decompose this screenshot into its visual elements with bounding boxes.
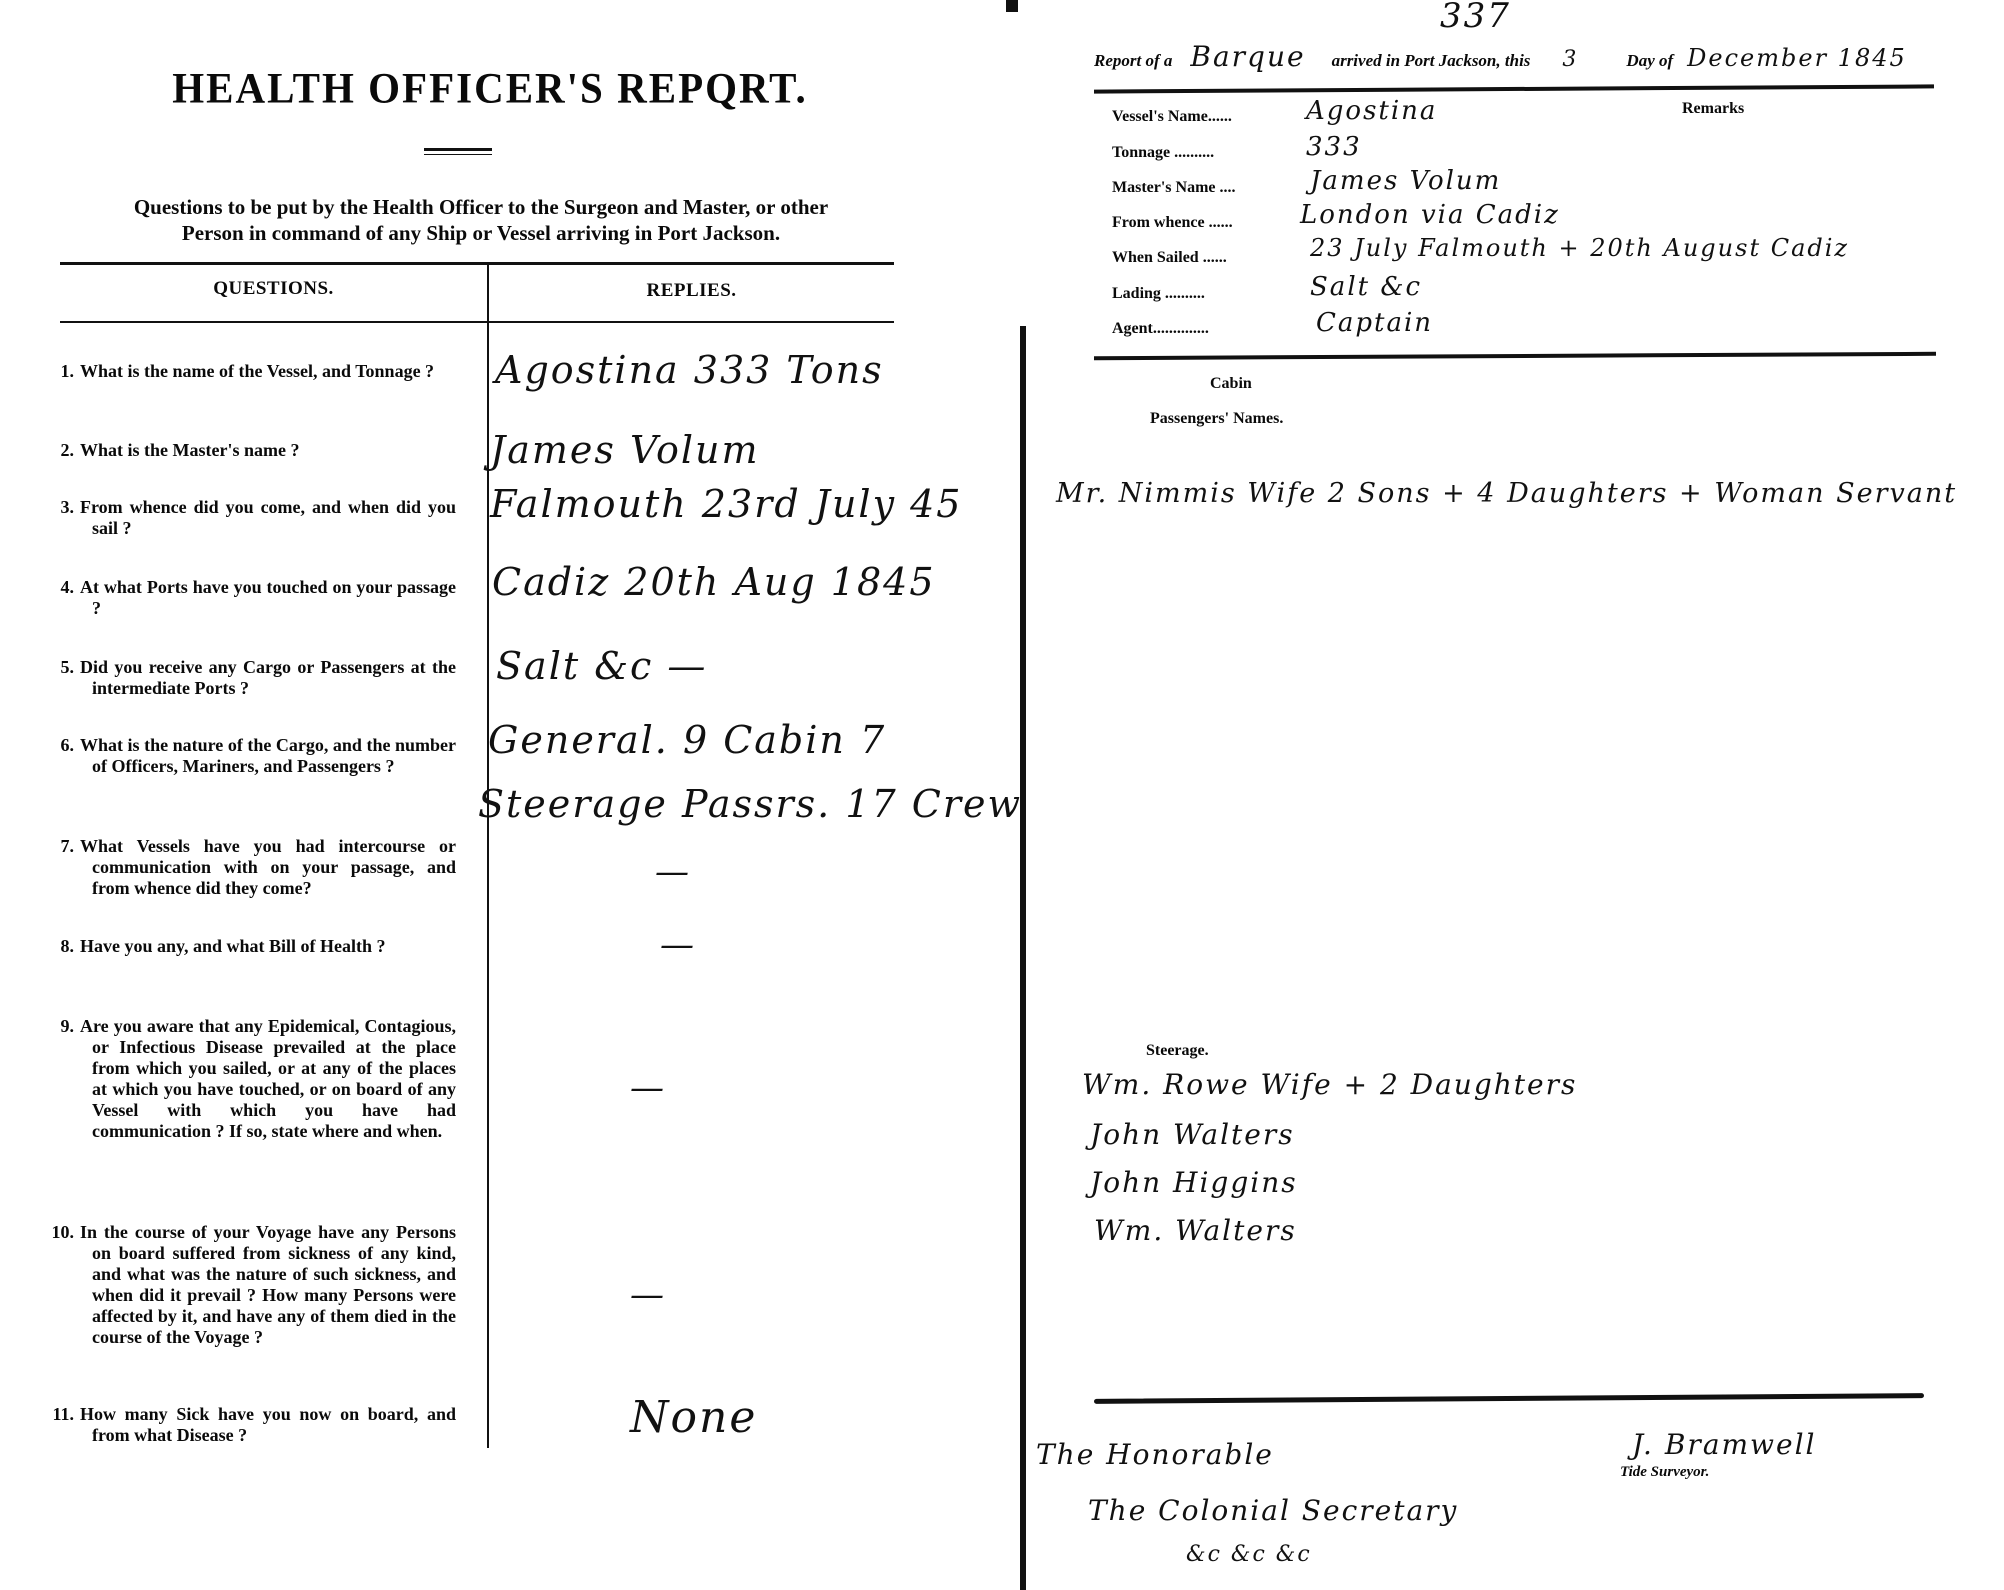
question-10: 10.In the course of your Voyage have any…	[40, 1222, 456, 1348]
field-value-tonnage: 333	[1306, 132, 1362, 162]
reply-6: General. 9 Cabin 7	[488, 718, 886, 762]
question-5: 5.Did you receive any Cargo or Passenger…	[40, 657, 456, 699]
questions-column-header: QUESTIONS.	[60, 278, 487, 300]
footer-rule	[1094, 1393, 1924, 1404]
header-rule	[1094, 84, 1934, 93]
question-9: 9.Are you aware that any Epidemical, Con…	[40, 1016, 456, 1142]
steerage-passenger-3: John Higgins	[1090, 1166, 1298, 1199]
vessel-type: Barque	[1190, 40, 1305, 73]
field-label-from-whence: From whence ......	[1112, 214, 1233, 232]
reply-1: Agostina 333 Tons	[495, 348, 884, 392]
reply-11: None	[630, 1392, 757, 1443]
steerage-passenger-4: Wm. Walters	[1094, 1214, 1297, 1247]
report-header: Report of a Barque arrived in Port Jacks…	[1094, 40, 1907, 73]
subtitle-line-1: Questions to be put by the Health Office…	[56, 194, 906, 220]
question-3: 3.From whence did you come, and when did…	[40, 497, 456, 539]
top-gutter-mark	[1006, 0, 1018, 12]
reply-7: —	[655, 852, 691, 892]
question-2: 2.What is the Master's name ?	[40, 440, 456, 461]
remarks-label: Remarks	[1682, 100, 1744, 118]
reply-2: James Volum	[490, 428, 759, 472]
field-value-agent: Captain	[1316, 308, 1433, 338]
page-gutter-line	[1020, 326, 1026, 1590]
column-divider	[487, 263, 489, 1448]
table-top-rule	[60, 262, 894, 265]
title-divider	[424, 148, 492, 151]
question-1: 1.What is the name of the Vessel, and To…	[40, 361, 456, 382]
page-title: HEALTH OFFICER'S REPQRT.	[120, 63, 860, 113]
reply-8: —	[660, 925, 696, 965]
field-label-when-sailed: When Sailed ......	[1112, 249, 1227, 267]
addressee-line-1: The Honorable	[1036, 1438, 1274, 1471]
cabin-label: Cabin	[1210, 375, 1252, 393]
field-label-master-name: Master's Name ....	[1112, 179, 1236, 197]
addressee-line-2: The Colonial Secretary	[1088, 1494, 1458, 1527]
field-value-from-whence: London via Cadiz	[1300, 200, 1560, 230]
fields-bottom-rule	[1094, 352, 1936, 360]
question-6: 6.What is the nature of the Cargo, and t…	[40, 735, 456, 777]
field-label-agent: Agent..............	[1112, 320, 1209, 338]
header-middle: arrived in Port Jackson, this	[1332, 51, 1531, 70]
addressee-line-3: &c &c &c	[1186, 1542, 1312, 1567]
field-label-tonnage: Tonnage ..........	[1112, 144, 1214, 162]
reply-5: Salt &c —	[496, 644, 707, 688]
column-header-rule	[60, 321, 894, 323]
steerage-passenger-1: Wm. Rowe Wife + 2 Daughters	[1082, 1068, 1577, 1101]
reply-9: —	[630, 1068, 666, 1108]
signature: J. Bramwell	[1632, 1428, 1817, 1461]
title-divider-thin	[424, 154, 492, 155]
header-prefix: Report of a	[1094, 51, 1172, 70]
subtitle-line-2: Person in command of any Ship or Vessel …	[56, 220, 906, 246]
field-value-vessel-name: Agostina	[1306, 96, 1437, 126]
arrival-month-year: December 1845	[1687, 44, 1907, 72]
question-8: 8.Have you any, and what Bill of Health …	[40, 936, 456, 957]
reply-6-line-2: Steerage Passrs. 17 Crew	[478, 782, 1022, 826]
reply-3: Falmouth 23rd July 45	[490, 482, 963, 526]
arrival-day: 3	[1562, 47, 1578, 72]
passengers-names-label: Passengers' Names.	[1150, 410, 1283, 428]
signature-title: Tide Surveyor.	[1620, 1464, 1709, 1481]
steerage-label: Steerage.	[1146, 1042, 1209, 1060]
replies-column-header: REPLIES.	[489, 280, 894, 302]
reply-4: Cadiz 20th Aug 1845	[492, 560, 936, 604]
field-label-vessel-name: Vessel's Name......	[1112, 108, 1232, 126]
field-label-lading: Lading ..........	[1112, 285, 1205, 303]
field-value-lading: Salt &c	[1310, 272, 1422, 302]
reply-10: —	[630, 1275, 666, 1315]
steerage-passenger-2: John Walters	[1090, 1118, 1295, 1151]
page-number: 337	[1440, 0, 1511, 36]
question-7: 7.What Vessels have you had intercourse …	[40, 836, 456, 899]
cabin-passengers: Mr. Nimmis Wife 2 Sons + 4 Daughters + W…	[1056, 478, 1957, 509]
question-4: 4.At what Ports have you touched on your…	[40, 577, 456, 619]
form-subtitle: Questions to be put by the Health Office…	[56, 194, 906, 246]
field-value-when-sailed: 23 July Falmouth + 20th August Cadiz	[1310, 234, 1849, 262]
header-day-of: Day of	[1626, 51, 1673, 70]
field-value-master-name: James Volum	[1310, 166, 1501, 196]
question-11: 11.How many Sick have you now on board, …	[40, 1404, 456, 1446]
